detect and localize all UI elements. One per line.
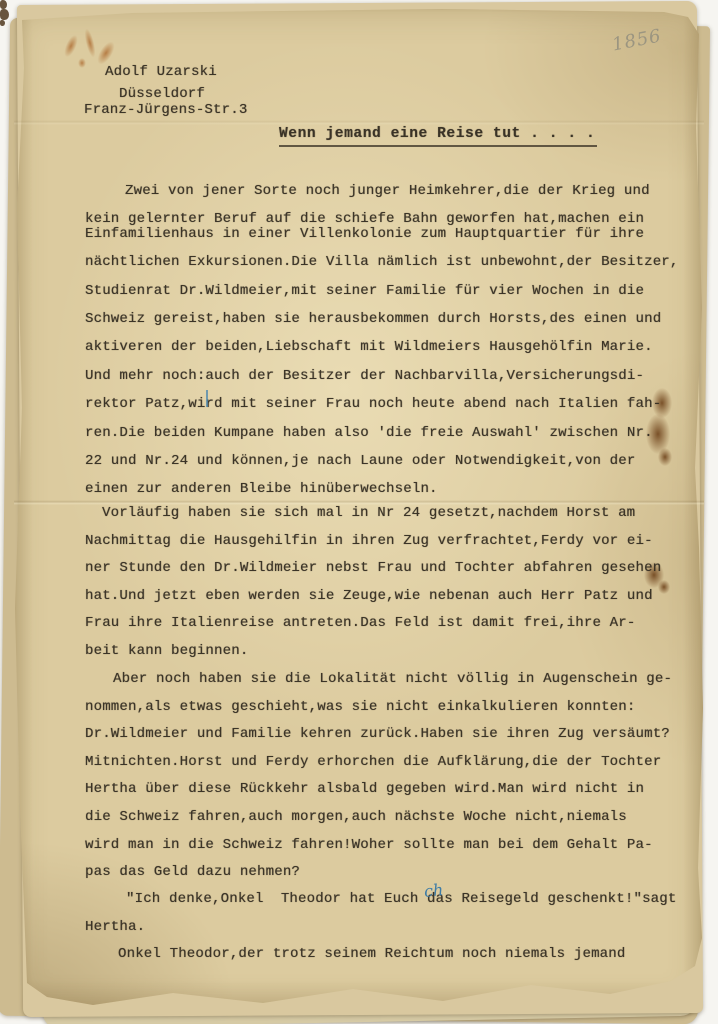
- text-line: Nachmittag die Hausgehilfin in ihren Zug…: [85, 528, 661, 556]
- text-line: ren.Die beiden Kumpane haben also 'die f…: [85, 419, 679, 447]
- paragraph-dialogue: "Ich denke,Onkel Theodor hat Euch das Re…: [85, 886, 677, 941]
- paragraph: Onkel Theodor,der trotz seinem Reichtum …: [85, 941, 625, 969]
- text-line: aktiveren der beiden,Liebschaft mit Wild…: [85, 333, 679, 361]
- text-line: Mitnichten.Horst und Ferdy erhorchen die…: [85, 749, 672, 777]
- text-line: Vorläufig haben sie sich mal in Nr 24 ge…: [85, 500, 661, 528]
- text-line: beit kann beginnen.: [85, 638, 661, 666]
- text-line-inserted: Einfamilienhaus in einer Villenkolonie z…: [85, 220, 679, 248]
- paragraph: Vorläufig haben sie sich mal in Nr 24 ge…: [85, 500, 661, 666]
- text-line: ner Stunde den Dr.Wildmeier nebst Frau u…: [85, 555, 661, 583]
- text-line: rektor Patz,wird mit seiner Frau noch he…: [85, 390, 679, 418]
- text-line: pas das Geld dazu nehmen?: [85, 859, 672, 887]
- text-line: Zwei von jener Sorte noch junger Heimkeh…: [85, 177, 679, 205]
- text-line: Onkel Theodor,der trotz seinem Reichtum …: [85, 941, 625, 969]
- handwritten-insertion-mark: [206, 390, 208, 407]
- text-line: nächtlichen Exkursionen.Die Villa nämlic…: [85, 248, 679, 276]
- author-name: Adolf Uzarski: [105, 64, 217, 80]
- text-line: die Schweiz fahren,auch morgen,auch näch…: [85, 804, 672, 832]
- stain-speck: [0, 20, 5, 26]
- text-line: nommen,als etwas geschieht,was sie nicht…: [85, 694, 672, 722]
- text-line: Hertha.: [85, 914, 677, 942]
- handwritten-ink-correction: ch: [423, 880, 444, 901]
- paragraph: Zwei von jener Sorte noch junger Heimkeh…: [85, 177, 679, 504]
- author-street: Franz-Jürgens-Str.3: [84, 102, 247, 118]
- text-line: "Ich denke,Onkel Theodor hat Euch das Re…: [85, 886, 677, 914]
- text-line: 22 und Nr.24 und können,je nach Laune od…: [85, 447, 679, 475]
- stain-speck: [0, 9, 9, 20]
- text-line: Aber noch haben sie die Lokalität nicht …: [85, 666, 672, 694]
- document-title: Wenn jemand eine Reise tut . . . .: [279, 126, 597, 147]
- text-line: Hertha über diese Rückkehr alsbald gegeb…: [85, 776, 672, 804]
- text-line: Studienrat Dr.Wildmeier,mit seiner Famil…: [85, 277, 679, 305]
- text-line: Dr.Wildmeier und Familie kehren zurück.H…: [85, 721, 672, 749]
- text-line: Frau ihre Italienreise antreten.Das Feld…: [85, 610, 661, 638]
- text-line: Schweiz gereist,haben sie herausbekommen…: [85, 305, 679, 333]
- text-line: Und mehr noch:auch der Besitzer der Nach…: [85, 362, 679, 390]
- text-line: wird man in die Schweiz fahren!Woher sol…: [85, 832, 672, 860]
- stain-speck: [0, 0, 7, 9]
- paragraph: Aber noch haben sie die Lokalität nicht …: [85, 666, 672, 887]
- text-line: hat.Und jetzt eben werden sie Zeuge,wie …: [85, 583, 661, 611]
- author-city: Düsseldorf: [119, 86, 205, 102]
